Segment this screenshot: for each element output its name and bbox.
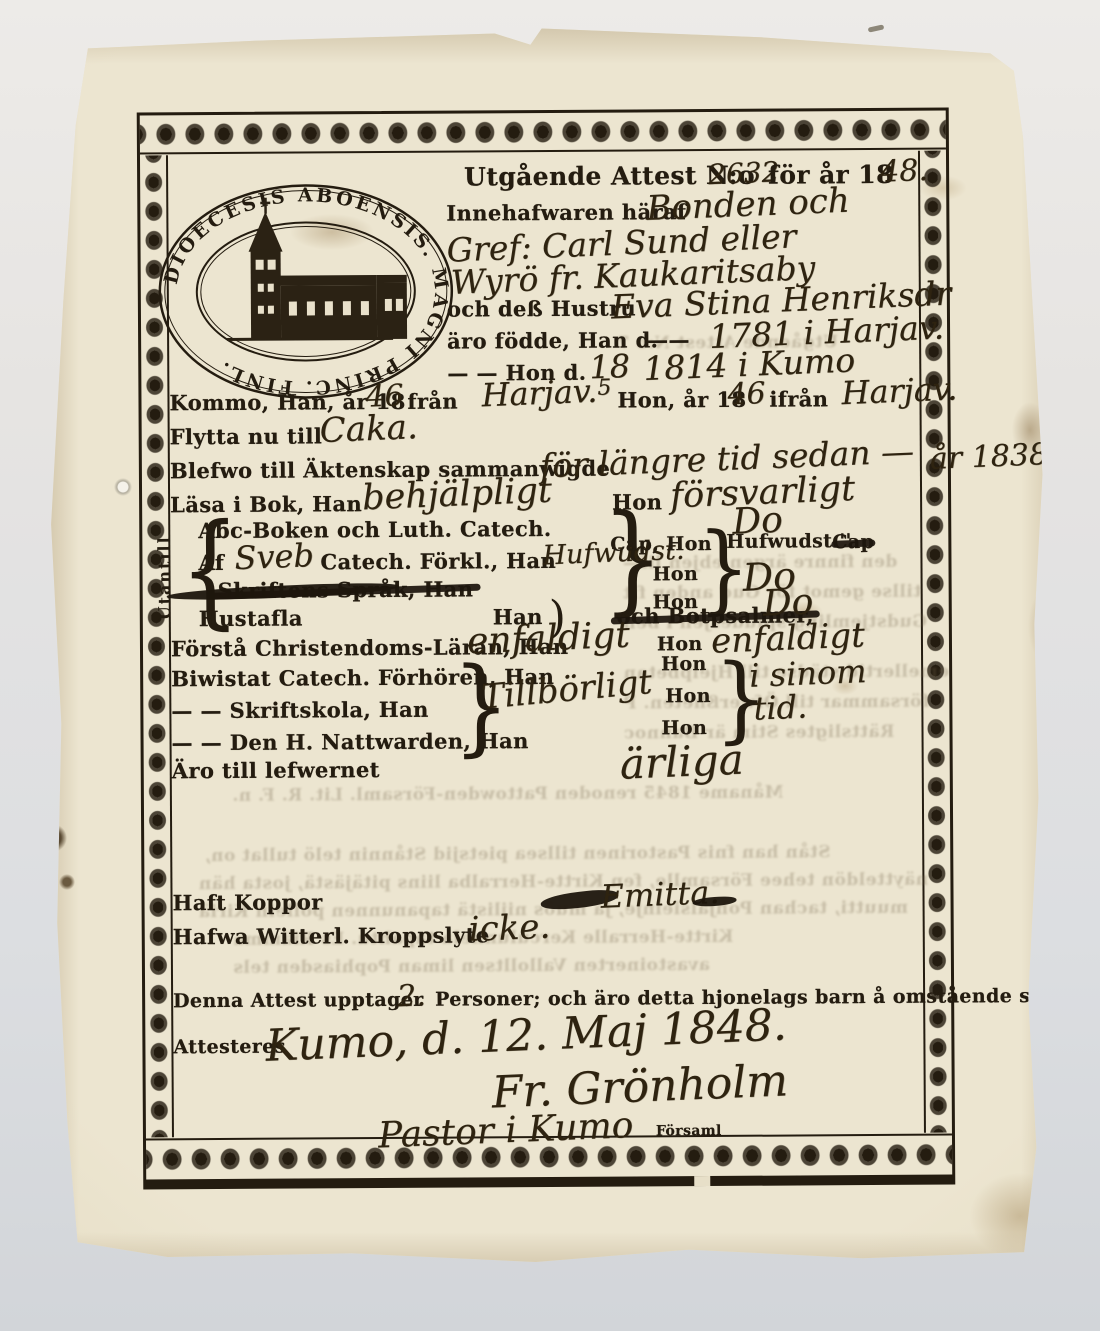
diocese-seal: DIOECESIS ABOENSIS. MAGNI PRINC. FINL. (154, 179, 457, 409)
kommo-ifran-label: ifrån (769, 386, 828, 411)
attendance-hon2: Hon (665, 685, 711, 707)
forsamling-label: Församl (656, 1123, 722, 1139)
attest-year-handwritten: 48. (879, 153, 928, 190)
kommo-hon-place-hw: Harjav. (841, 369, 958, 412)
form-content: Utgående Attest N:o 7 den finnre ärgen e… (168, 154, 922, 1135)
catech-forkl-label: Catech. Förkl., Han (320, 548, 556, 574)
bleedthrough-line: Måname 1845 renoden Pattowden-Församl. L… (232, 783, 784, 806)
printed-rosette-border: Utgående Attest N:o 7 den finnre ärgen e… (137, 108, 956, 1190)
utantill-vertical-label: Utantill (154, 510, 174, 620)
hustafla-label: Hustafla (199, 605, 303, 631)
bleedthrough-line: avastoinerten Vallolltsen liman Pophiasd… (233, 955, 710, 978)
rosette-border-top (140, 112, 946, 155)
af-label: Af (198, 550, 224, 575)
lasa-han-hw: behjälpligt (361, 471, 552, 519)
tid-hw: tid. (753, 687, 808, 727)
bleedthrough-line: Stån han fnis Pastorinen tillsea pietsji… (204, 842, 830, 866)
attendance-hon1: Hon (661, 653, 707, 675)
kroppslyte-label: Hafwa Witterl. Kroppslyte (173, 922, 490, 949)
bottom-rule-gap (694, 1176, 710, 1186)
row4-hon-label: Hon (653, 591, 699, 613)
born-hon-day-sub-hw: 5 (597, 375, 612, 401)
row2-right-cap-struck: Cap (832, 531, 874, 553)
lefwernet-label: Äro till lefwernet (172, 757, 380, 783)
kommo-han-place-hw: Harjav. (481, 372, 598, 415)
upptager-count-hw: 2. (396, 978, 426, 1014)
upptager-label-a: Denna Attest upptager (173, 989, 424, 1013)
koppor-hw: Emitta. (600, 873, 720, 916)
flytta-hw: Caka. (319, 407, 419, 451)
koppor-label: Haft Koppor (172, 889, 322, 915)
flytta-label: Flytta nu till (170, 423, 323, 449)
forsta-hon-label: Hon (657, 633, 703, 655)
kroppslyte-hw: icke. (468, 907, 551, 950)
lefwernet-hw: ärliga (619, 735, 745, 789)
backdrop-speck (868, 24, 885, 32)
photograph-of-document: Utgående Attest N:o 7 den finnre ärgen e… (0, 0, 1100, 1331)
skriftskola-label: — — Skriftskola, Han (171, 697, 429, 724)
row3-hon-label: Hon (652, 563, 698, 585)
catech-book-hw: Sveb (234, 536, 315, 577)
kommo-hon-year-hw: 46 (727, 376, 767, 413)
aktenskap-year-hw: år 1838. (929, 437, 1058, 477)
wife-label: och deß Hustru (447, 295, 636, 321)
paper-sheet: Utgående Attest N:o 7 den finnre ärgen e… (45, 26, 1067, 1272)
